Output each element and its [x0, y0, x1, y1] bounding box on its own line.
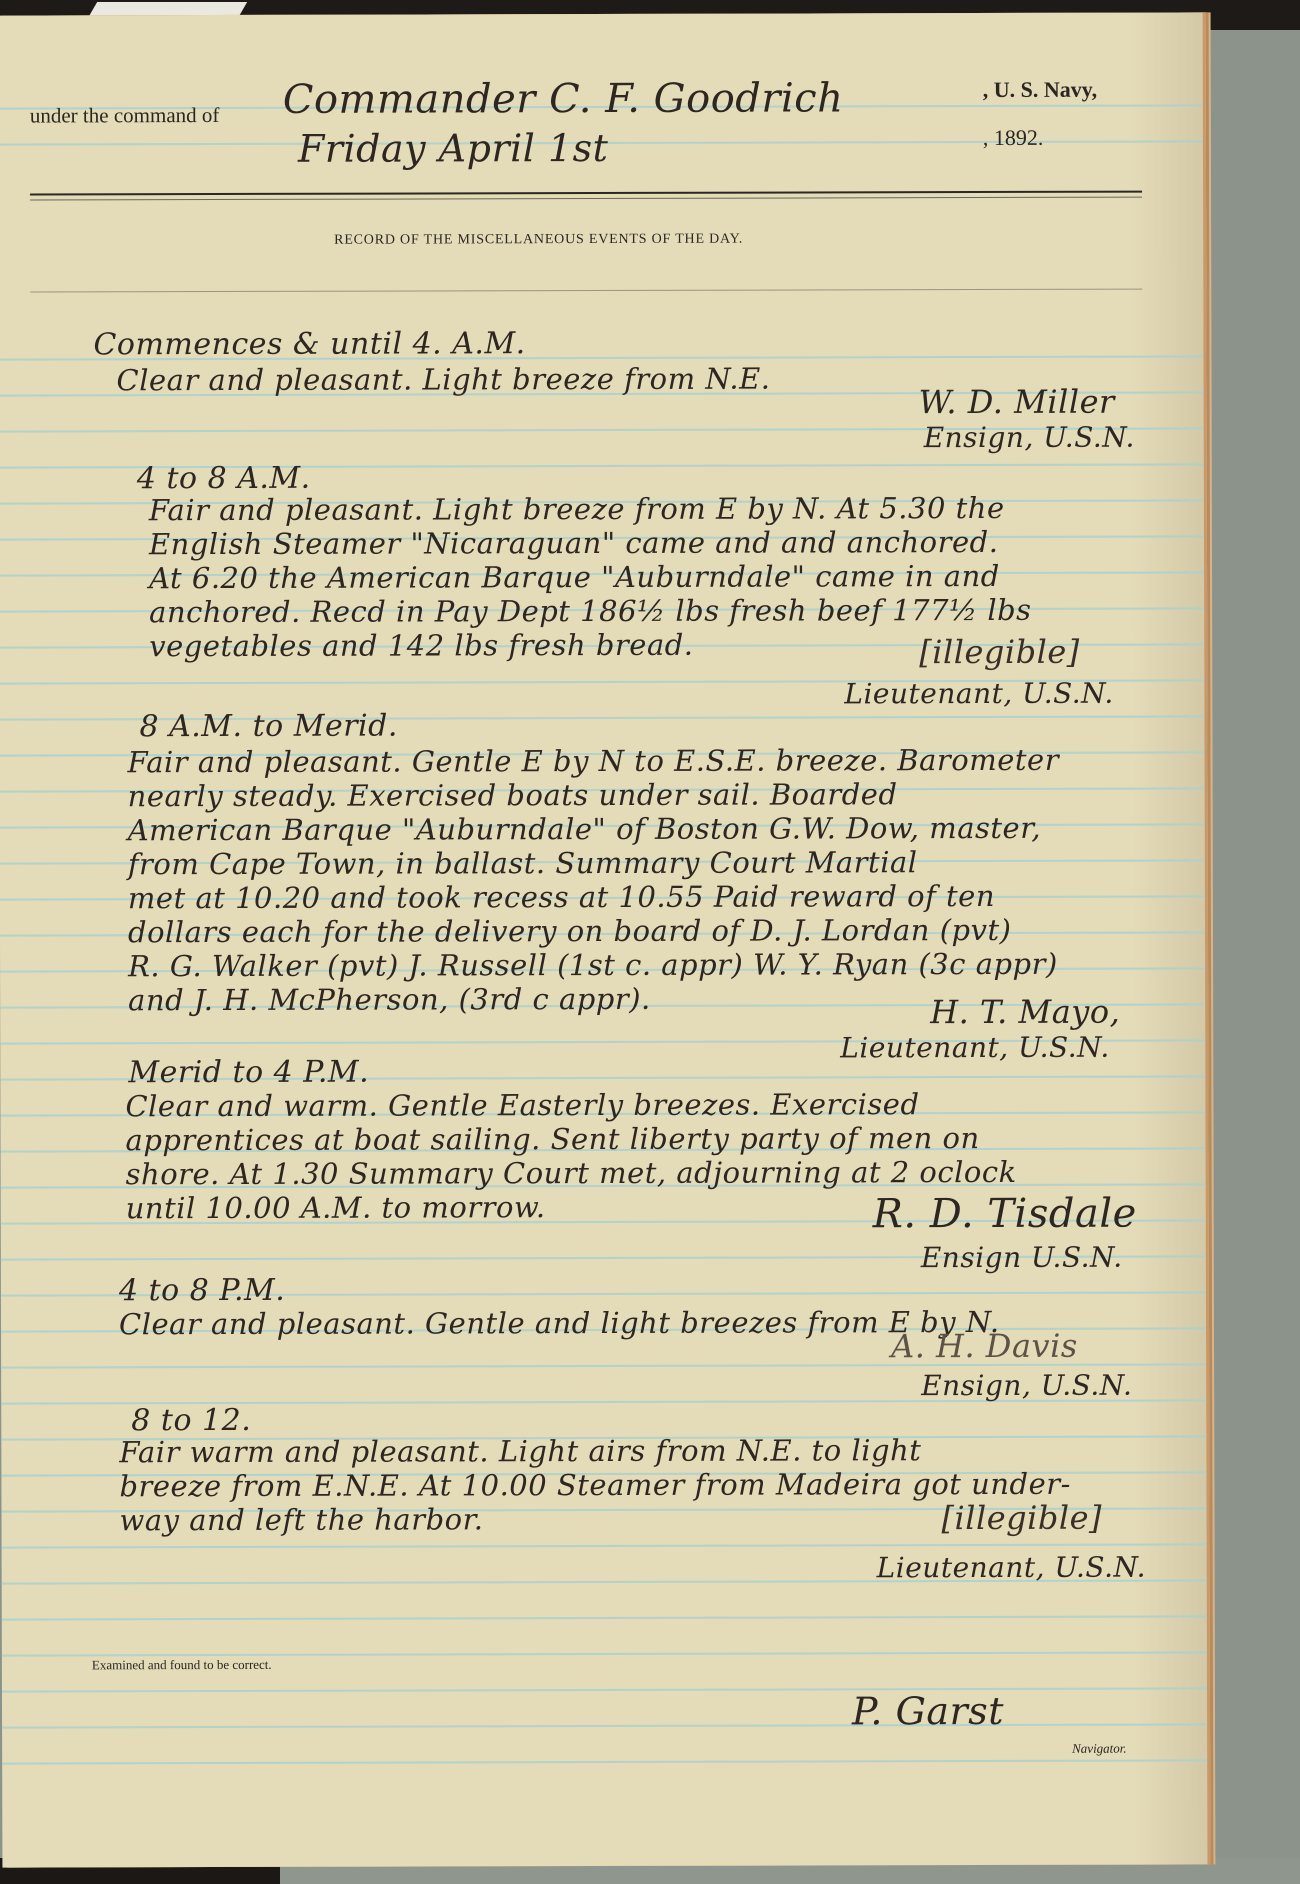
commander-name: Commander C. F. Goodrich	[283, 75, 844, 122]
entry-line: shore. At 1.30 Summary Court met, adjour…	[126, 1155, 1017, 1191]
entry-line: until 10.00 A.M. to morrow.	[126, 1190, 546, 1225]
section-title: RECORD OF THE MISCELLANEOUS EVENTS OF TH…	[334, 232, 743, 249]
navigator-signature: P. Garst	[852, 1689, 1004, 1733]
watch-heading: 4 to 8 P.M.	[119, 1273, 285, 1308]
navigator-label: Navigator.	[1072, 1741, 1127, 1757]
entry-line: Clear and warm. Gentle Easterly breezes.…	[125, 1087, 919, 1123]
officer-rank: Lieutenant, U.S.N.	[840, 1031, 1110, 1065]
service-label: , U. S. Navy,	[983, 77, 1097, 103]
watch-heading: 8 A.M. to Merid.	[139, 709, 398, 745]
entry-line: anchored. Recd in Pay Dept 186½ lbs fres…	[149, 593, 1031, 629]
officer-signature: [illegible]	[919, 633, 1080, 671]
entry-line: English Steamer "Nicaraguan" came and an…	[149, 525, 999, 561]
officer-signature: [illegible]	[941, 1499, 1102, 1537]
examined-statement: Examined and found to be correct.	[92, 1657, 272, 1673]
entry-line: nearly steady. Exercised boats under sai…	[128, 777, 898, 813]
entry-line: Fair and pleasant. Gentle E by N to E.S.…	[127, 743, 1059, 779]
entry-line: American Barque "Auburndale" of Boston G…	[128, 811, 1041, 847]
officer-rank: Ensign U.S.N.	[921, 1241, 1123, 1275]
entry-line: vegetables and 142 lbs fresh bread.	[149, 628, 693, 663]
entry-line: met at 10.20 and took recess at 10.55 Pa…	[128, 879, 995, 915]
entry-line: apprentices at boat sailing. Sent libert…	[125, 1121, 979, 1157]
officer-signature: H. T. Mayo,	[930, 993, 1120, 1031]
entry-line: Clear and pleasant. Gentle and light bre…	[119, 1305, 1000, 1341]
officer-rank: Lieutenant, U.S.N.	[844, 677, 1114, 711]
log-page: under the command of Commander C. F. Goo…	[0, 12, 1210, 1867]
entry-line: Clear and pleasant. Light breeze from N.…	[116, 362, 770, 398]
watch-heading: 8 to 12.	[131, 1403, 251, 1438]
log-date: Friday April 1st	[298, 126, 609, 171]
log-year: , 1892.	[983, 125, 1044, 151]
entry-line: and J. H. McPherson, (3rd c appr).	[128, 982, 651, 1017]
entry-line: At 6.20 the American Barque "Auburndale"…	[149, 559, 1000, 595]
officer-rank: Ensign, U.S.N.	[924, 421, 1135, 455]
entry-line: Fair and pleasant. Light breeze from E b…	[149, 491, 1005, 527]
officer-rank: Ensign, U.S.N.	[921, 1369, 1132, 1403]
section-divider	[30, 289, 1142, 293]
officer-rank: Lieutenant, U.S.N.	[877, 1551, 1147, 1585]
officer-signature: A. H. Davis	[891, 1327, 1078, 1365]
entry-line: Fair warm and pleasant. Light airs from …	[119, 1433, 921, 1469]
entry-line: way and left the harbor.	[119, 1502, 483, 1537]
watch-heading: 4 to 8 A.M.	[137, 461, 311, 496]
entry-line: dollars each for the delivery on board o…	[128, 913, 1012, 949]
command-label: under the command of	[30, 103, 220, 128]
entry-line: from Cape Town, in ballast. Summary Cour…	[128, 845, 918, 881]
officer-signature: W. D. Miller	[919, 383, 1115, 422]
watch-heading: Merid to 4 P.M.	[128, 1055, 369, 1091]
entry-line: breeze from E.N.E. At 10.00 Steamer from…	[119, 1467, 1071, 1503]
entry-line: R. G. Walker (pvt) J. Russell (1st c. ap…	[128, 947, 1058, 983]
officer-signature: R. D. Tisdale	[873, 1191, 1137, 1238]
watch-heading: Commences & until 4. A.M.	[93, 326, 525, 362]
header-divider-thin	[30, 197, 1142, 201]
header-divider	[30, 191, 1142, 196]
